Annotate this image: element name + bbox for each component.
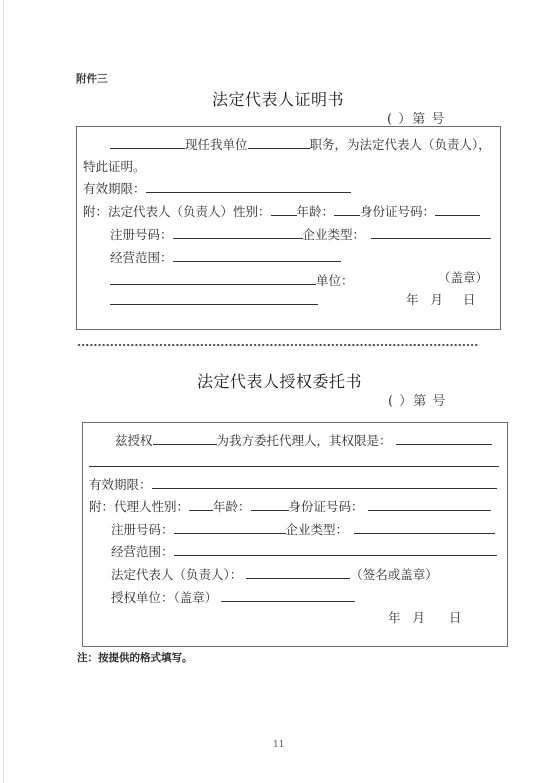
auth-scope-row: 经营范围： <box>111 543 497 560</box>
cert-reg-row: 注册号码：企业类型： <box>110 226 491 243</box>
auth-rep-row: 法定代表人（负责人）：（签名或盖章） <box>111 566 438 583</box>
cert-line1: 现任我单位职务，为法定代表人（负责人）， <box>110 136 491 153</box>
auth-unit-row: 授权单位：（盖章） <box>111 589 355 606</box>
agent-name-field[interactable] <box>153 432 217 445</box>
cert-scope-row: 经营范围： <box>110 249 341 266</box>
cert-title: 法定代表人证明书 <box>212 87 344 110</box>
auth-valid-row: 有效期限： <box>89 476 497 493</box>
gender-field[interactable] <box>271 203 297 216</box>
auth-date: 年月日 <box>388 610 462 626</box>
company-type-field[interactable] <box>371 226 491 239</box>
cert-seal-label: （盖章） <box>438 270 488 286</box>
auth-reg-row: 注册号码：企业类型： <box>111 521 495 538</box>
auth-number: ( ）第 号 <box>388 390 446 409</box>
authority-field[interactable] <box>396 432 492 445</box>
valid-period-field[interactable] <box>146 180 351 193</box>
authority-field-continued[interactable] <box>89 466 499 467</box>
legal-rep-signature-field[interactable] <box>246 566 350 579</box>
business-scope-field[interactable] <box>173 249 341 262</box>
cert-sign-line[interactable] <box>110 304 318 305</box>
page-edge <box>3 0 4 783</box>
auth-reg-number-field[interactable] <box>174 521 286 534</box>
cert-number: ( ）第 号 <box>387 108 445 127</box>
auth-line1: 兹授权为我方委托代理人，其权限是： <box>115 432 492 449</box>
auth-business-scope-field[interactable] <box>174 543 497 556</box>
position-field[interactable] <box>248 136 310 149</box>
age-field[interactable] <box>334 203 360 216</box>
page-number: 11 <box>273 740 284 750</box>
auth-title: 法定代表人授权委托书 <box>197 369 362 392</box>
cert-line2: 特此证明。 <box>83 159 146 175</box>
agent-age-field[interactable] <box>251 498 289 511</box>
unit-name-field[interactable] <box>110 272 316 285</box>
name-field[interactable] <box>110 136 185 149</box>
attachment-label: 附件三 <box>76 71 108 86</box>
auth-valid-period-field[interactable] <box>152 476 497 489</box>
auth-attach-row: 附：代理人性别：年龄：身份证号码： <box>89 498 491 515</box>
cert-valid-row: 有效期限： <box>83 180 351 197</box>
dotted-separator <box>77 343 479 347</box>
agent-id-field[interactable] <box>368 498 491 511</box>
auth-company-type-field[interactable] <box>354 521 495 534</box>
id-field[interactable] <box>435 203 480 216</box>
agent-gender-field[interactable] <box>189 498 213 511</box>
cert-unit-row: 单位： <box>110 272 354 289</box>
cert-date: 年月日 <box>406 292 476 308</box>
reg-number-field[interactable] <box>173 226 303 239</box>
footnote: 注：按提供的格式填写。 <box>77 650 193 665</box>
cert-attach-row: 附：法定代表人（负责人）性别：年龄：身份证号码： <box>83 203 480 220</box>
authorizing-unit-field[interactable] <box>221 589 355 602</box>
